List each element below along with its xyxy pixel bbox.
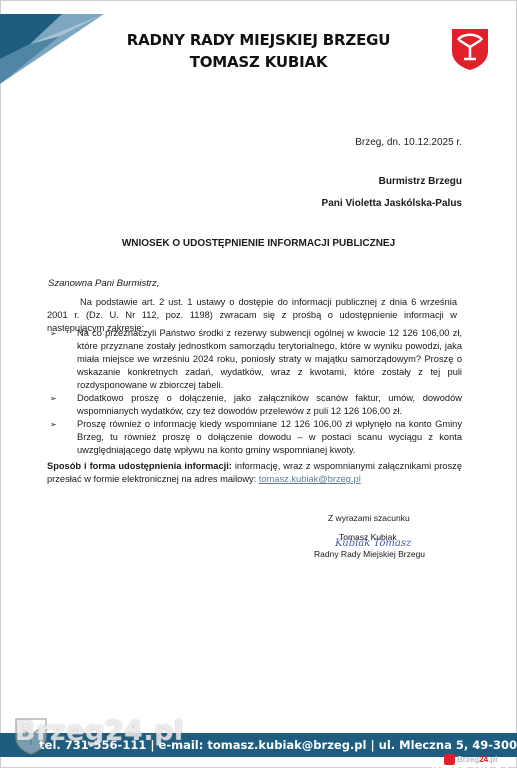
handwritten-signature: Kubiak Tomasz (335, 538, 411, 549)
delivery-paragraph: Sposób i forma udostępnienia informacji:… (47, 460, 462, 486)
signer-role: Radny Rady Miejskiej Brzegu (314, 549, 425, 559)
list-item: ➢Na co przeznaczyli Państwo środki z rez… (47, 327, 462, 392)
corner-decoration (0, 14, 104, 84)
recipient-title: Burmistrz Brzegu (379, 176, 462, 187)
letterhead-line-2: TOMASZ KUBIAK (0, 53, 517, 71)
arrow-bullet-icon: ➢ (50, 418, 57, 431)
email-link[interactable]: tomasz.kubiak@brzeg.pl (259, 474, 361, 484)
recipient-name: Pani Violetta Jaskólska-Palus (322, 198, 462, 209)
brzeg24-small-logo-icon (444, 754, 455, 765)
list-item: ➢Dodatkowo proszę o dołączenie, jako zał… (47, 392, 462, 418)
closing: Z wyrazami szacunku (328, 513, 410, 523)
delivery-label: Sposób i forma udostępnienia informacji: (47, 461, 232, 471)
brzeg24-watermark: Brzeg24.pl (15, 716, 184, 747)
brzeg-coat-of-arms-icon (450, 27, 490, 71)
arrow-bullet-icon: ➢ (50, 327, 57, 340)
list-item: ➢Proszę również o informację kiedy wspom… (47, 418, 462, 457)
arrow-bullet-icon: ➢ (50, 392, 57, 405)
document-title: WNIOSEK O UDOSTĘPNIENIE INFORMACJI PUBLI… (0, 238, 517, 249)
brzeg24-small-watermark: Brzeg24.pl (457, 755, 497, 764)
letter-date: Brzeg, dn. 10.12.2025 r. (355, 137, 462, 148)
greeting: Szanowna Pani Burmistrz, (48, 278, 159, 289)
letterhead-line-1: RADNY RADY MIEJSKIEJ BRZEGU (0, 31, 517, 49)
request-list: ➢Na co przeznaczyli Państwo środki z rez… (47, 327, 462, 457)
